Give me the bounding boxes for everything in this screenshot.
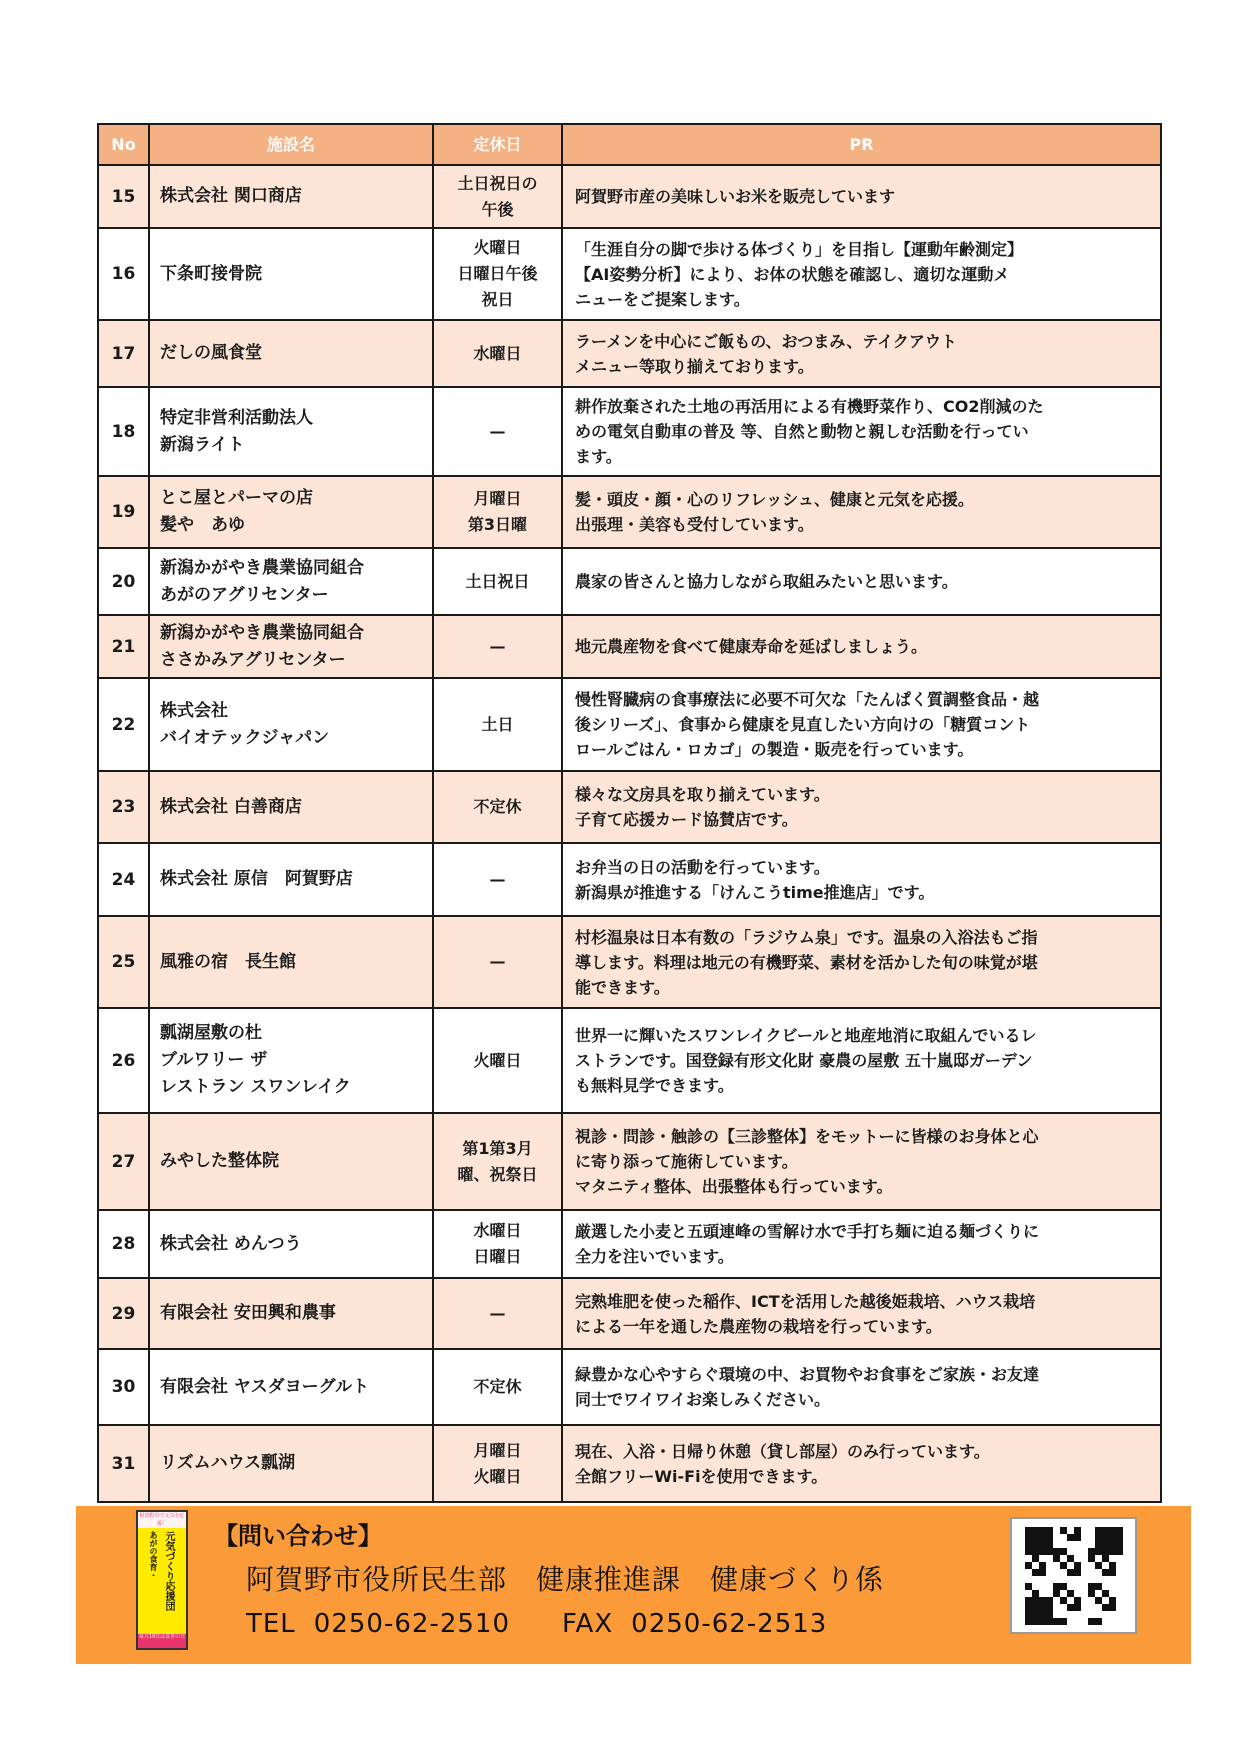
pr-text-line: 後シリーズ」、食事から健康を見直したい方向けの「糖質コント: [575, 712, 1039, 737]
pr-text-line: 農家の皆さんと協力しながら取組みたいと思います。: [575, 569, 958, 594]
closed-days-line: 火曜日: [457, 235, 537, 261]
facility-name-line: 有限会社 安田興和農事: [160, 1300, 336, 1327]
pr-text: 阿賀野市産の美味しいお米を販売しています: [563, 166, 1160, 227]
facility-name-line: 株式会社: [160, 698, 329, 725]
facility-table: No 施設名 定休日 PR 15株式会社 関口商店土日祝日の午後阿賀野市産の美味…: [97, 123, 1162, 1503]
closed-days: 水曜日日曜日: [434, 1211, 563, 1277]
badge-bottom-text: 毎月19日は食育の日: [138, 1634, 186, 1648]
pr-text-line: ニューをご提案します。: [575, 287, 1023, 312]
closed-days: —: [434, 616, 563, 677]
pr-text-line: 全力を注いでいます。: [575, 1244, 1039, 1269]
facility-name-line: 新潟ライト: [160, 432, 313, 459]
pr-text: 耕作放棄された土地の再活用による有機野菜作り、CO2削減のための電気自動車の普及…: [563, 388, 1160, 475]
table-row: 16下条町接骨院火曜日日曜日午後祝日「生涯自分の脚で歩ける体づくり」を目指し【運…: [99, 229, 1160, 321]
facility-name-line: 新潟かがやき農業協同組合: [160, 555, 364, 582]
facility-name-line: 髪や あゆ: [160, 512, 313, 539]
contact-title: 【問い合わせ】: [214, 1516, 382, 1551]
closed-days: —: [434, 1279, 563, 1348]
pr-text: ラーメンを中心にご飯もの、おつまみ、テイクアウトメニュー等取り揃えております。: [563, 321, 1160, 386]
pr-text-line: 同士でワイワイお楽しみください。: [575, 1387, 1039, 1412]
table-row: 31リズムハウス瓢湖月曜日火曜日現在、入浴・日帰り休憩（貸し部屋）のみ行っていま…: [99, 1426, 1160, 1501]
row-number: 19: [99, 477, 150, 547]
pr-text-line: 現在、入浴・日帰り休憩（貸し部屋）のみ行っています。: [575, 1439, 990, 1464]
pr-text-line: も無料見学できます。: [575, 1073, 1037, 1098]
header-no: No: [99, 125, 150, 164]
closed-days-line: 第1第3月: [457, 1136, 537, 1162]
pr-text-line: 視診・問診・触診の【三診整体】をモットーに皆様のお身体と心: [575, 1124, 1039, 1149]
pr-text: 視診・問診・触診の【三診整体】をモットーに皆様のお身体と心に寄り添って施術してい…: [563, 1114, 1160, 1209]
facility-name: 株式会社 関口商店: [150, 166, 434, 227]
facility-name-line: 下条町接骨院: [160, 261, 262, 288]
row-number: 26: [99, 1009, 150, 1112]
closed-days: 土日祝日の午後: [434, 166, 563, 227]
facility-name: 新潟かがやき農業協同組合あがのアグリセンター: [150, 549, 434, 614]
pr-text-line: 様々な文房具を取り揃えています。: [575, 782, 830, 807]
facility-name: 有限会社 ヤスダヨーグルト: [150, 1350, 434, 1424]
pr-text: 緑豊かな心やすらぐ環境の中、お買物やお食事をご家族・お友達同士でワイワイお楽しみ…: [563, 1350, 1160, 1424]
badge-top-text: 阿賀野市で元気を応援！: [138, 1512, 186, 1528]
pr-text-line: 全館フリーWi-Fiを使用できます。: [575, 1464, 990, 1489]
row-number: 25: [99, 917, 150, 1007]
closed-days-line: —: [490, 1301, 506, 1327]
facility-name: 有限会社 安田興和農事: [150, 1279, 434, 1348]
closed-days-line: —: [490, 867, 506, 893]
closed-days: 火曜日日曜日午後祝日: [434, 229, 563, 319]
closed-days-line: 月曜日: [473, 1438, 521, 1464]
pr-text-line: 髪・頭皮・顔・心のリフレッシュ、健康と元気を応援。: [575, 487, 974, 512]
facility-name-line: 株式会社 関口商店: [160, 183, 302, 210]
pr-text: 村杉温泉は日本有数の「ラジウム泉」です。温泉の入浴法もご指導します。料理は地元の…: [563, 917, 1160, 1007]
row-number: 17: [99, 321, 150, 386]
pr-text: お弁当の日の活動を行っています。新潟県が推進する「けんこうtime推進店」です。: [563, 844, 1160, 915]
pr-text-line: に寄り添って施術しています。: [575, 1149, 1039, 1174]
pr-text-line: メニュー等取り揃えております。: [575, 354, 957, 379]
closed-days-line: 日曜日: [473, 1244, 521, 1270]
closed-days-line: 土日祝日: [465, 569, 529, 595]
closed-days: 不定休: [434, 772, 563, 842]
closed-days: —: [434, 917, 563, 1007]
pr-text-line: 【AI姿勢分析】により、お体の状態を確認し、適切な運動メ: [575, 262, 1023, 287]
closed-days: 水曜日: [434, 321, 563, 386]
badge-text-1: 元気づくり応援団: [161, 1531, 176, 1634]
facility-name-line: あがのアグリセンター: [160, 582, 364, 609]
header-pr: PR: [563, 125, 1160, 164]
table-row: 15株式会社 関口商店土日祝日の午後阿賀野市産の美味しいお米を販売しています: [99, 166, 1160, 229]
table-row: 23株式会社 白善商店不定休様々な文房具を取り揃えています。子育て応援カード協賛…: [99, 772, 1160, 844]
pr-text-line: 子育て応援カード協賛店です。: [575, 807, 830, 832]
closed-days: 火曜日: [434, 1009, 563, 1112]
facility-name-line: 有限会社 ヤスダヨーグルト: [160, 1374, 369, 1401]
table-row: 30有限会社 ヤスダヨーグルト不定休緑豊かな心やすらぐ環境の中、お買物やお食事を…: [99, 1350, 1160, 1426]
pr-text-line: 新潟県が推進する「けんこうtime推進店」です。: [575, 880, 934, 905]
header-facility-name: 施設名: [150, 125, 434, 164]
row-number: 24: [99, 844, 150, 915]
facility-name: 株式会社 めんつう: [150, 1211, 434, 1277]
pr-text-line: 地元農産物を食べて健康寿命を延ばしましょう。: [575, 634, 927, 659]
pr-text-line: 厳選した小麦と五頭連峰の雪解け水で手打ち麺に迫る麺づくりに: [575, 1219, 1039, 1244]
row-number: 20: [99, 549, 150, 614]
table-row: 20新潟かがやき農業協同組合あがのアグリセンター土日祝日農家の皆さんと協力しなが…: [99, 549, 1160, 616]
closed-days: 土日: [434, 679, 563, 770]
facility-name: 株式会社 原信 阿賀野店: [150, 844, 434, 915]
facility-name: 瓢湖屋敷の杜ブルワリー ザレストラン スワンレイク: [150, 1009, 434, 1112]
closed-days: 月曜日火曜日: [434, 1426, 563, 1501]
facility-name: とこ屋とパーマの店髪や あゆ: [150, 477, 434, 547]
mascot-badge-icon: 阿賀野市で元気を応援！ あがの食育・ 元気づくり応援団 毎月19日は食育の日: [136, 1510, 188, 1650]
table-row: 25風雅の宿 長生館—村杉温泉は日本有数の「ラジウム泉」です。温泉の入浴法もご指…: [99, 917, 1160, 1009]
closed-days-line: 祝日: [457, 287, 537, 313]
row-number: 23: [99, 772, 150, 842]
facility-name: 風雅の宿 長生館: [150, 917, 434, 1007]
closed-days-line: 不定休: [473, 794, 521, 820]
row-number: 18: [99, 388, 150, 475]
pr-text: 慢性腎臓病の食事療法に必要不可欠な「たんぱく質調整食品・越後シリーズ」、食事から…: [563, 679, 1160, 770]
pr-text-line: 能できます。: [575, 975, 1038, 1000]
row-number: 28: [99, 1211, 150, 1277]
pr-text: 農家の皆さんと協力しながら取組みたいと思います。: [563, 549, 1160, 614]
row-number: 15: [99, 166, 150, 227]
table-row: 26瓢湖屋敷の杜ブルワリー ザレストラン スワンレイク火曜日世界一に輝いたスワン…: [99, 1009, 1160, 1114]
facility-name-line: 風雅の宿 長生館: [160, 949, 296, 976]
closed-days-line: 水曜日: [473, 341, 521, 367]
facility-name: リズムハウス瓢湖: [150, 1426, 434, 1501]
facility-name: みやした整体院: [150, 1114, 434, 1209]
pr-text-line: 世界一に輝いたスワンレイクビールと地産地消に取組んでいるレ: [575, 1023, 1037, 1048]
facility-name-line: ささかみアグリセンター: [160, 647, 364, 674]
closed-days-line: 曜、祝祭日: [457, 1162, 537, 1188]
row-number: 30: [99, 1350, 150, 1424]
header-closed-days: 定休日: [434, 125, 563, 164]
facility-name-line: 株式会社 めんつう: [160, 1231, 302, 1258]
pr-text-line: ロールごはん・ロカゴ」の製造・販売を行っています。: [575, 737, 1039, 762]
facility-name-line: 新潟かがやき農業協同組合: [160, 620, 364, 647]
facility-name: だしの風食堂: [150, 321, 434, 386]
contact-department: 阿賀野市役所民生部 健康推進課 健康づくり係: [246, 1558, 884, 1598]
qr-code-icon[interactable]: [1010, 1517, 1137, 1634]
row-number: 16: [99, 229, 150, 319]
facility-name: 株式会社バイオテックジャパン: [150, 679, 434, 770]
facility-name: 新潟かがやき農業協同組合ささかみアグリセンター: [150, 616, 434, 677]
pr-text-line: マタニティ整体、出張整体も行っています。: [575, 1174, 1039, 1199]
pr-text-line: めの電気自動車の普及 等、自然と動物と親しむ活動を行ってい: [575, 419, 1043, 444]
closed-days-line: 火曜日: [473, 1048, 521, 1074]
row-number: 31: [99, 1426, 150, 1501]
row-number: 21: [99, 616, 150, 677]
pr-text-line: 完熟堆肥を使った稲作、ICTを活用した越後姫栽培、ハウス栽培: [575, 1289, 1035, 1314]
pr-text: 完熟堆肥を使った稲作、ICTを活用した越後姫栽培、ハウス栽培による一年を通した農…: [563, 1279, 1160, 1348]
closed-days: —: [434, 388, 563, 475]
facility-name-line: ブルワリー ザ: [160, 1047, 351, 1074]
closed-days-line: 土日祝日の: [457, 171, 537, 197]
pr-text-line: 「生涯自分の脚で歩ける体づくり」を目指し【運動年齢測定】: [575, 237, 1023, 262]
closed-days-line: —: [490, 949, 506, 975]
pr-text-line: 出張理・美容も受付しています。: [575, 512, 974, 537]
table-row: 27みやした整体院第1第3月曜、祝祭日視診・問診・触診の【三診整体】をモットーに…: [99, 1114, 1160, 1211]
table-row: 19とこ屋とパーマの店髪や あゆ月曜日第3日曜髪・頭皮・顔・心のリフレッシュ、健…: [99, 477, 1160, 549]
tel-label: TEL: [246, 1609, 296, 1639]
closed-days: 土日祝日: [434, 549, 563, 614]
facility-name-line: だしの風食堂: [160, 340, 262, 367]
closed-days: —: [434, 844, 563, 915]
pr-text: 「生涯自分の脚で歩ける体づくり」を目指し【運動年齢測定】【AI姿勢分析】により、…: [563, 229, 1160, 319]
contact-phone-fax: TEL0250-62-2510FAX0250-62-2513: [246, 1609, 827, 1639]
pr-text-line: 導します。料理は地元の有機野菜、素材を活かした旬の味覚が堪: [575, 950, 1038, 975]
pr-text-line: ラーメンを中心にご飯もの、おつまみ、テイクアウト: [575, 329, 957, 354]
pr-text-line: 阿賀野市産の美味しいお米を販売しています: [575, 184, 895, 209]
qr-pattern: [1025, 1527, 1123, 1625]
facility-name-line: リズムハウス瓢湖: [160, 1450, 295, 1477]
pr-text-line: お弁当の日の活動を行っています。: [575, 855, 934, 880]
closed-days-line: 土日: [481, 712, 513, 738]
pr-text: 様々な文房具を取り揃えています。子育て応援カード協賛店です。: [563, 772, 1160, 842]
facility-name: 下条町接骨院: [150, 229, 434, 319]
closed-days-line: 午後: [457, 197, 537, 223]
closed-days-line: 火曜日: [473, 1464, 521, 1490]
contact-footer: 阿賀野市で元気を応援！ あがの食育・ 元気づくり応援団 毎月19日は食育の日 【…: [76, 1506, 1191, 1664]
table-header: No 施設名 定休日 PR: [99, 125, 1160, 166]
pr-text-line: 慢性腎臓病の食事療法に必要不可欠な「たんぱく質調整食品・越: [575, 687, 1039, 712]
facility-name-line: 株式会社 白善商店: [160, 794, 302, 821]
facility-name-line: バイオテックジャパン: [160, 725, 329, 752]
facility-name: 株式会社 白善商店: [150, 772, 434, 842]
closed-days-line: 第3日曜: [468, 512, 527, 538]
pr-text-line: 村杉温泉は日本有数の「ラジウム泉」です。温泉の入浴法もご指: [575, 925, 1038, 950]
facility-name-line: 瓢湖屋敷の杜: [160, 1020, 351, 1047]
facility-name-line: とこ屋とパーマの店: [160, 485, 313, 512]
pr-text: 世界一に輝いたスワンレイクビールと地産地消に取組んでいるレストランです。国登録有…: [563, 1009, 1160, 1112]
closed-days-line: 日曜日午後: [457, 261, 537, 287]
closed-days-line: 不定休: [473, 1374, 521, 1400]
pr-text-line: ます。: [575, 444, 1043, 469]
closed-days-line: —: [490, 419, 506, 445]
table-row: 17だしの風食堂水曜日ラーメンを中心にご飯もの、おつまみ、テイクアウトメニュー等…: [99, 321, 1160, 388]
closed-days-line: 水曜日: [473, 1218, 521, 1244]
pr-text: 地元農産物を食べて健康寿命を延ばしましょう。: [563, 616, 1160, 677]
facility-name: 特定非営利活動法人新潟ライト: [150, 388, 434, 475]
table-row: 18特定非営利活動法人新潟ライト—耕作放棄された土地の再活用による有機野菜作り、…: [99, 388, 1160, 477]
pr-text-line: ストランです。国登録有形文化財 豪農の屋敷 五十嵐邸ガーデン: [575, 1048, 1037, 1073]
pr-text-line: による一年を通した農産物の栽培を行っています。: [575, 1314, 1035, 1339]
facility-name-line: レストラン スワンレイク: [160, 1074, 351, 1101]
pr-text: 髪・頭皮・顔・心のリフレッシュ、健康と元気を応援。出張理・美容も受付しています。: [563, 477, 1160, 547]
pr-text-line: 緑豊かな心やすらぐ環境の中、お買物やお食事をご家族・お友達: [575, 1362, 1039, 1387]
facility-name-line: 株式会社 原信 阿賀野店: [160, 866, 353, 893]
table-row: 24株式会社 原信 阿賀野店—お弁当の日の活動を行っています。新潟県が推進する「…: [99, 844, 1160, 917]
table-row: 21新潟かがやき農業協同組合ささかみアグリセンター—地元農産物を食べて健康寿命を…: [99, 616, 1160, 679]
closed-days-line: —: [490, 634, 506, 660]
badge-text-2: あがの食育・: [148, 1531, 159, 1634]
facility-name-line: みやした整体院: [160, 1148, 279, 1175]
row-number: 29: [99, 1279, 150, 1348]
row-number: 22: [99, 679, 150, 770]
table-row: 29有限会社 安田興和農事—完熟堆肥を使った稲作、ICTを活用した越後姫栽培、ハ…: [99, 1279, 1160, 1350]
table-row: 28株式会社 めんつう水曜日日曜日厳選した小麦と五頭連峰の雪解け水で手打ち麺に迫…: [99, 1211, 1160, 1279]
pr-text: 厳選した小麦と五頭連峰の雪解け水で手打ち麺に迫る麺づくりに全力を注いでいます。: [563, 1211, 1160, 1277]
table-body: 15株式会社 関口商店土日祝日の午後阿賀野市産の美味しいお米を販売しています16…: [99, 166, 1160, 1501]
fax-label: FAX: [562, 1609, 613, 1639]
tel-number: 0250-62-2510: [314, 1609, 510, 1639]
badge-main: あがの食育・ 元気づくり応援団: [148, 1528, 176, 1634]
fax-number: 0250-62-2513: [631, 1609, 827, 1639]
row-number: 27: [99, 1114, 150, 1209]
pr-text-line: 耕作放棄された土地の再活用による有機野菜作り、CO2削減のた: [575, 394, 1043, 419]
closed-days-line: 月曜日: [468, 486, 527, 512]
closed-days: 不定休: [434, 1350, 563, 1424]
facility-name-line: 特定非営利活動法人: [160, 405, 313, 432]
pr-text: 現在、入浴・日帰り休憩（貸し部屋）のみ行っています。全館フリーWi-Fiを使用で…: [563, 1426, 1160, 1501]
closed-days: 第1第3月曜、祝祭日: [434, 1114, 563, 1209]
table-row: 22株式会社バイオテックジャパン土日慢性腎臓病の食事療法に必要不可欠な「たんぱく…: [99, 679, 1160, 772]
closed-days: 月曜日第3日曜: [434, 477, 563, 547]
